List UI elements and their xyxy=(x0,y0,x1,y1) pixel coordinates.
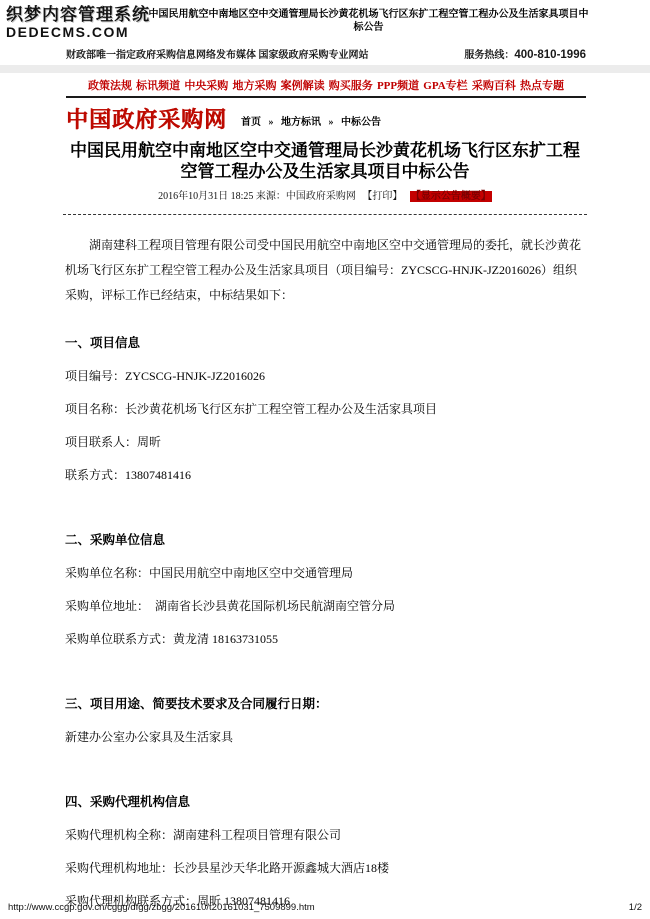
article-meta: 2016年10月31日 18:25 来源：中国政府采购网 【打印】 【显示公告概… xyxy=(0,187,650,202)
source-name: 中国政府采购网 xyxy=(286,191,356,202)
breadcrumb-separator: » xyxy=(269,117,274,128)
project-contact: 项目联系人：周昕 xyxy=(65,435,585,450)
source-label: 来源： xyxy=(256,191,286,202)
logo-row: 中国政府采购网 首页 » 地方标讯 » 中标公告 xyxy=(66,108,584,132)
header-divider-band xyxy=(0,65,650,73)
nav-item[interactable]: 热点专题 xyxy=(520,77,564,93)
section-heading-project-info: 一、项目信息 xyxy=(65,336,585,351)
purchaser-contact: 采购单位联系方式：黄龙清 18163731055 xyxy=(65,632,585,647)
nav-item[interactable]: 标讯频道 xyxy=(136,77,180,93)
agency-name: 采购代理机构全称：湖南建科工程项目管理有限公司 xyxy=(65,828,585,843)
nav-item[interactable]: 采购百科 xyxy=(472,77,516,93)
article-title: 中国民用航空中南地区空中交通管理局长沙黄花机场飞行区东扩工程空管工程办公及生活家… xyxy=(70,140,580,182)
purchaser-name: 采购单位名称：中国民用航空中南地区空中交通管理局 xyxy=(65,566,585,581)
print-button[interactable]: 【打印】 xyxy=(362,191,402,202)
breadcrumb-separator: » xyxy=(329,117,334,128)
breadcrumb-local-news[interactable]: 地方标讯 xyxy=(281,117,321,128)
site-tagline: 财政部唯一指定政府采购信息网络发布媒体 国家级政府采购专业网站 xyxy=(66,46,369,61)
nav-item[interactable]: 政策法规 xyxy=(88,77,132,93)
agency-address: 采购代理机构地址：长沙县星沙天华北路开源鑫城大酒店18楼 xyxy=(65,861,585,876)
watermark-text-en: DEDECMS.COM xyxy=(6,25,150,40)
watermark-text-cn: 织梦内容管理系统 xyxy=(6,6,150,24)
show-summary-button[interactable]: 【显示公告概要】 xyxy=(410,191,492,202)
nav-item[interactable]: GPA专栏 xyxy=(423,77,467,93)
nav-item[interactable]: 案例解读 xyxy=(281,77,325,93)
purchaser-address: 采购单位地址： 湖南省长沙县黄花国际机场民航湖南空管分局 xyxy=(65,599,585,614)
site-logo[interactable]: 中国政府采购网 xyxy=(66,108,227,132)
section-heading-purchaser-info: 二、采购单位信息 xyxy=(65,533,585,548)
nav-item[interactable]: PPP频道 xyxy=(377,77,419,93)
publish-datetime: 2016年10月31日 18:25 xyxy=(158,191,253,202)
print-header-title: 中国民用航空中南地区空中交通管理局长沙黄花机场飞行区东扩工程空管工程办公及生活家… xyxy=(145,8,592,34)
site-tagline-row: 财政部唯一指定政府采购信息网络发布媒体 国家级政府采购专业网站 服务热线：400… xyxy=(66,46,586,61)
dashed-separator xyxy=(63,214,587,215)
service-hotline: 服务热线：400-810-1996 xyxy=(464,46,586,61)
breadcrumb-award-notice[interactable]: 中标公告 xyxy=(341,117,381,128)
hotline-number: 400-810-1996 xyxy=(514,49,586,61)
nav-item[interactable]: 购买服务 xyxy=(329,77,373,93)
dedecms-watermark: 织梦内容管理系统 DEDECMS.COM xyxy=(6,6,150,40)
article-body: 湖南建科工程项目管理有限公司受中国民用航空中南地区空中交通管理局的委托，就长沙黄… xyxy=(65,233,585,909)
breadcrumb: 首页 » 地方标讯 » 中标公告 xyxy=(241,113,381,128)
project-number: 项目编号：ZYCSCG-HNJK-JZ2016026 xyxy=(65,369,585,384)
section-heading-project-purpose: 三、项目用途、简要技术要求及合同履行日期： xyxy=(65,697,585,712)
source-url: http://www.ccgp.gov.cn/cggg/dfgg/zbgg/20… xyxy=(8,902,315,913)
page-number: 1/2 xyxy=(629,902,642,913)
print-footer: http://www.ccgp.gov.cn/cggg/dfgg/zbgg/20… xyxy=(8,902,642,913)
section-heading-agency-info: 四、采购代理机构信息 xyxy=(65,795,585,810)
project-purpose: 新建办公室办公家具及生活家具 xyxy=(65,730,585,745)
project-name: 项目名称：长沙黄花机场飞行区东扩工程空管工程办公及生活家具项目 xyxy=(65,402,585,417)
main-nav: 政策法规 标讯频道 中央采购 地方采购 案例解读 购买服务 PPP频道 GPA专… xyxy=(88,77,564,93)
intro-paragraph: 湖南建科工程项目管理有限公司受中国民用航空中南地区空中交通管理局的委托，就长沙黄… xyxy=(65,233,585,308)
project-contact-phone: 联系方式：13807481416 xyxy=(65,468,585,483)
nav-underline xyxy=(66,96,586,98)
nav-item[interactable]: 地方采购 xyxy=(232,77,276,93)
breadcrumb-home[interactable]: 首页 xyxy=(241,117,261,128)
nav-item[interactable]: 中央采购 xyxy=(184,77,228,93)
hotline-label: 服务热线： xyxy=(464,50,514,61)
